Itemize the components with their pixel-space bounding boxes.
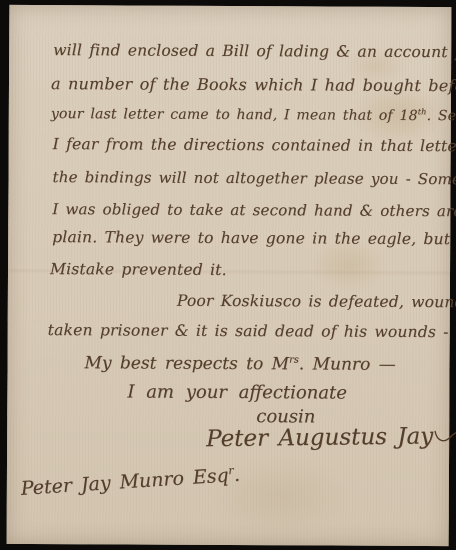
addressee-line: Peter Jay Munro Esqr. (20, 464, 240, 500)
letter-body-line-3: your last letter came to hand, I mean th… (51, 106, 456, 124)
letter-body-line-2: a number of the Books which I had bought… (51, 74, 456, 95)
letter-paragraph2-line-1: Poor Koskiusco is defeated, wounded (177, 292, 456, 312)
letter-body-line-1: will find enclosed a Bill of lading & an… (53, 41, 456, 61)
signature-flourish-icon (434, 427, 456, 446)
scanned-letter-photo: will find enclosed a Bill of lading & an… (0, 0, 456, 550)
letter-body-line-5: the bindings will not altogether please … (52, 168, 456, 188)
addressee-end: . (233, 464, 240, 486)
letter-body-line-7: plain. They were to have gone in the eag… (52, 228, 456, 248)
letter-paragraph2-line-2: taken prisoner & it is said dead of his … (48, 321, 449, 341)
letter-body-line-3-text: your last letter came to hand, I mean th… (51, 106, 418, 124)
letter-valediction-line: I am your affectionate (127, 381, 347, 403)
letter-respects-text: My best respects to M (84, 353, 289, 374)
letter-body-line-6: I was obliged to take at second hand & o… (52, 200, 456, 220)
signature-name: Peter Augustus Jay (206, 423, 433, 452)
letter-respects-end: . Munro — (299, 354, 396, 375)
letter-body-line-8: Mistake prevented it. (50, 260, 227, 279)
letter-body-line-3-end: . Sept. (427, 108, 456, 124)
signature: Peter Augustus Jay (206, 423, 456, 452)
letter-body-line-3-superscript: th (418, 106, 427, 116)
letter-paper: will find enclosed a Bill of lading & an… (7, 5, 452, 546)
letter-respects-line: My best respects to Mrs. Munro — (84, 353, 395, 375)
letter-body-line-4: I fear from the directions contained in … (53, 135, 456, 155)
addressee-name: Peter Jay Munro Esq (20, 465, 229, 500)
letter-respects-superscript: rs (289, 355, 299, 366)
